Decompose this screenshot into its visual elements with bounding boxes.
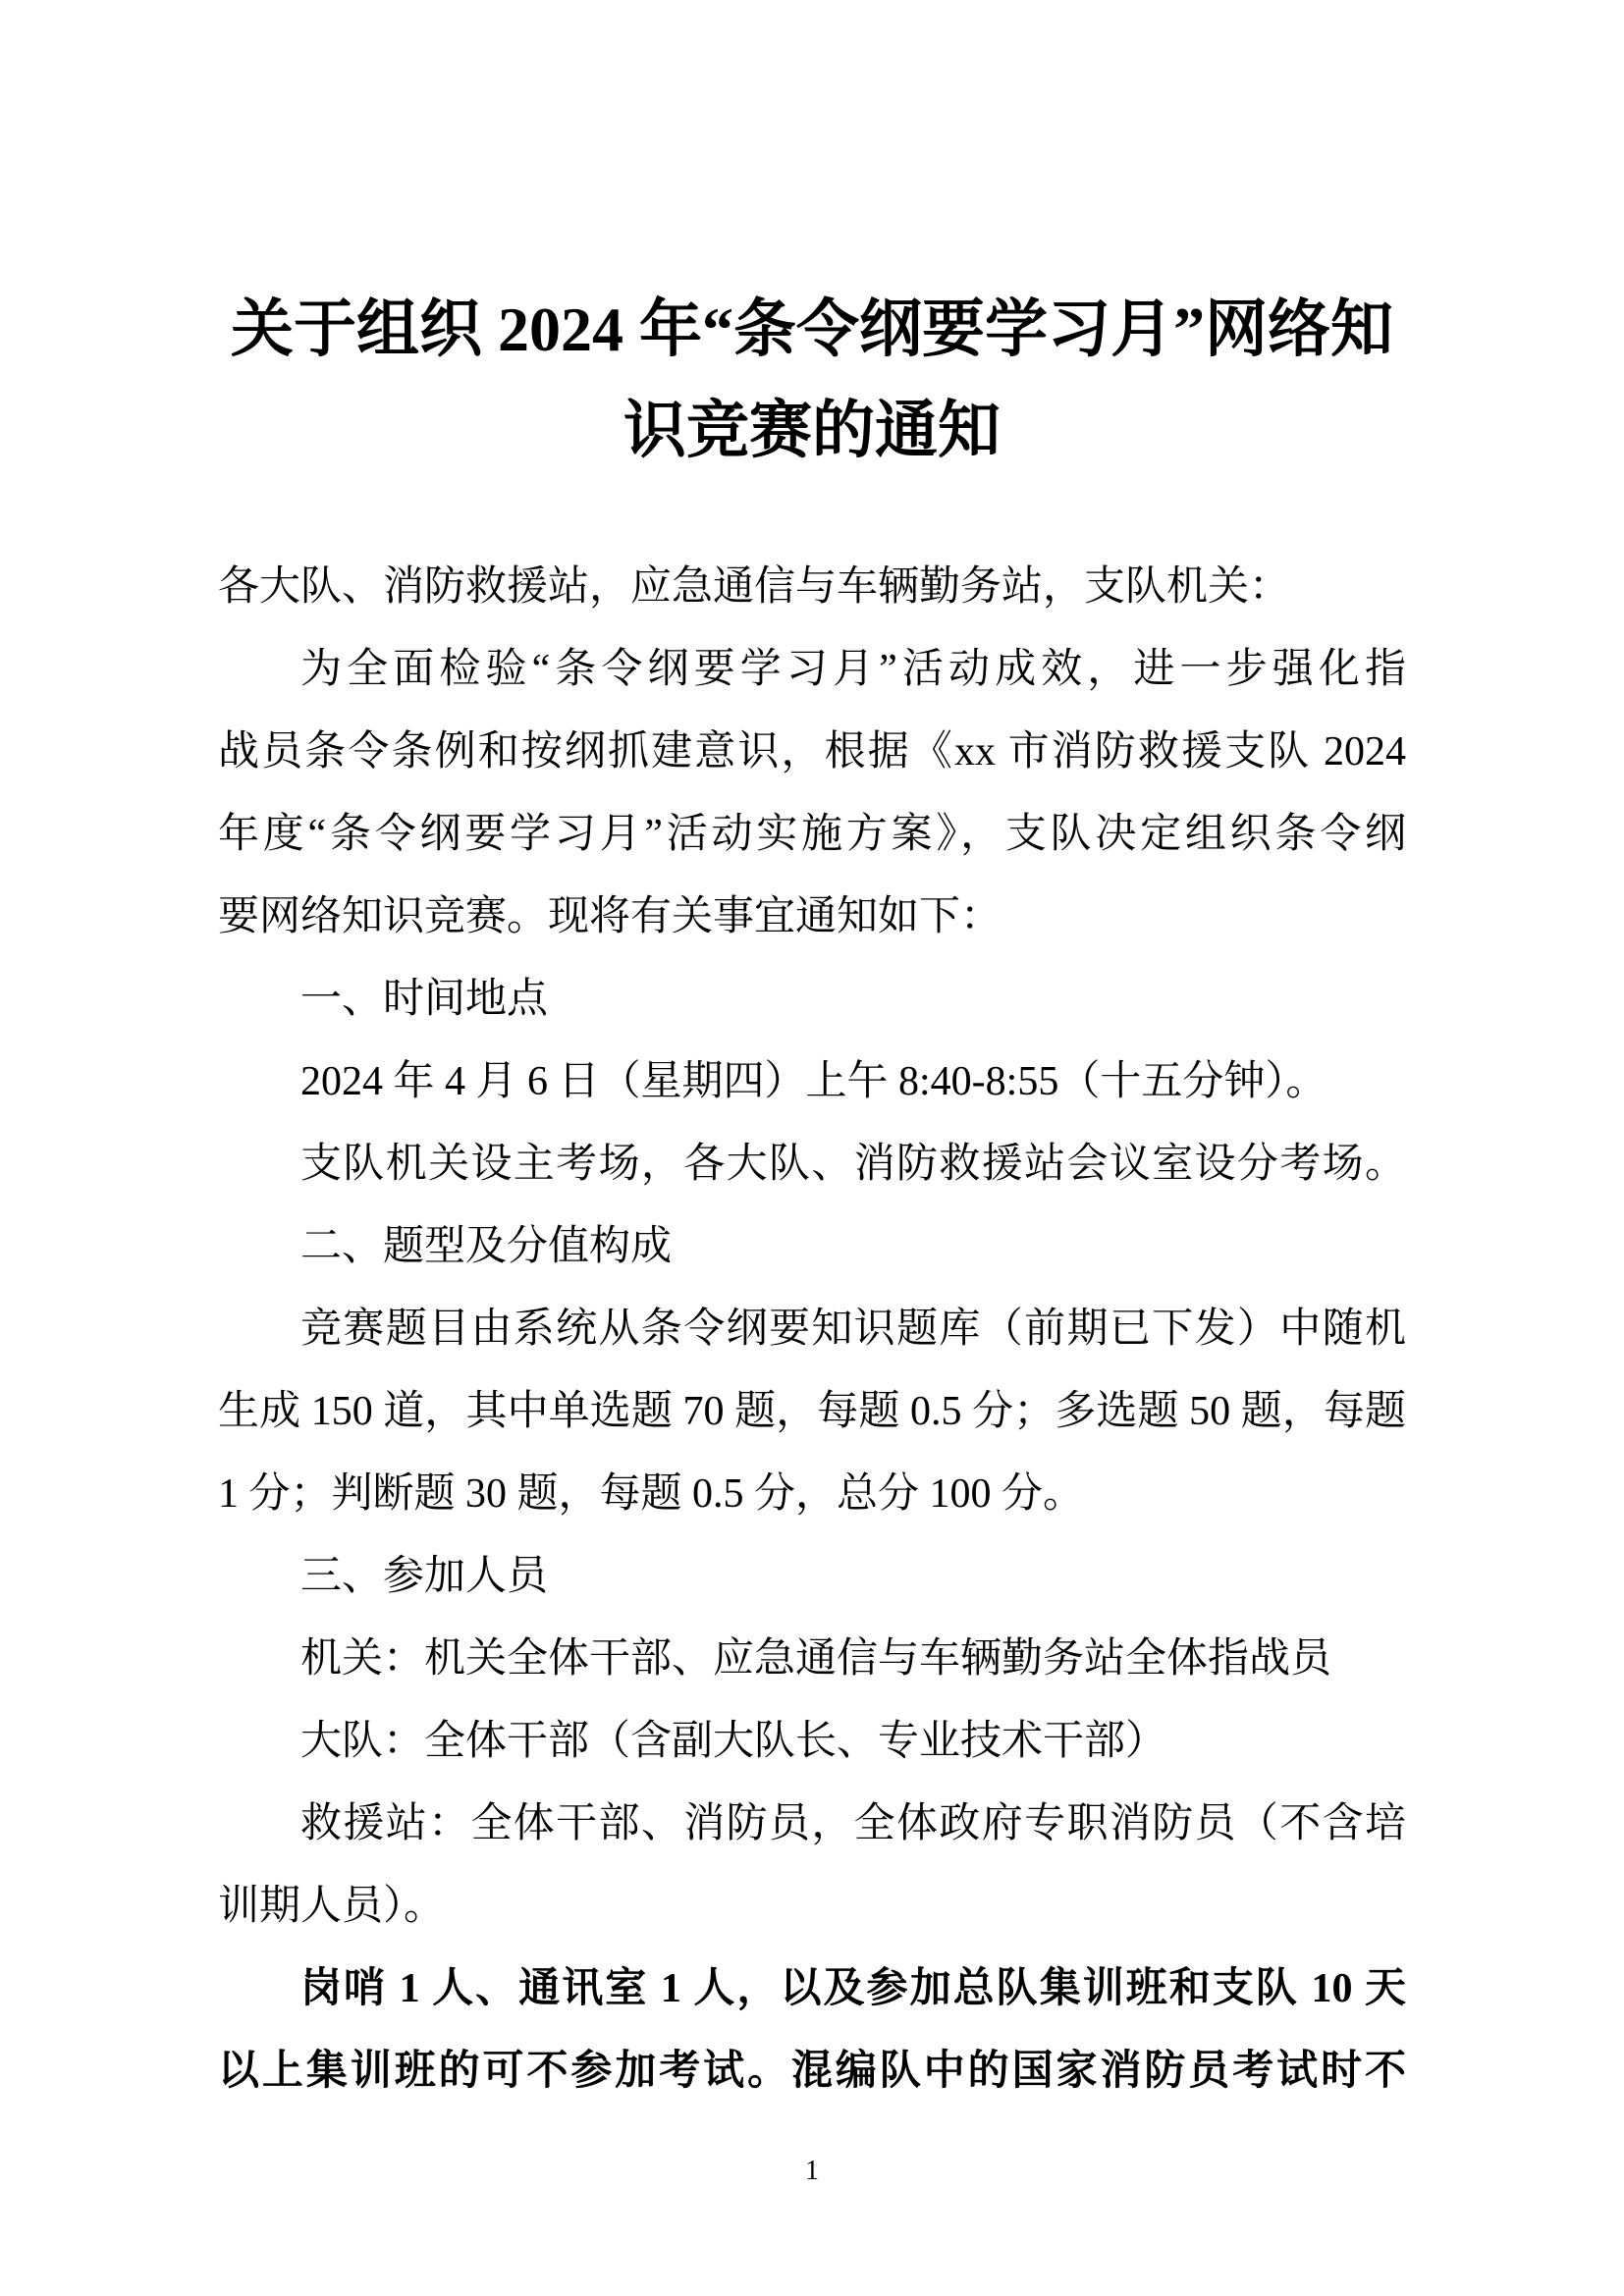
text-line: 1 分；判断题 30 题，每题 0.5 分，总分 100 分。 xyxy=(218,1453,1406,1535)
paragraph: 大队：全体干部（含副大队长、专业技术干部） xyxy=(218,1700,1406,1783)
text-line: 二、题型及分值构成 xyxy=(218,1205,1406,1288)
title-line-2: 识竞赛的通知 xyxy=(218,380,1406,481)
text-line: 一、时间地点 xyxy=(218,958,1406,1041)
text-line: 年度“条令纲要学习月”活动实施方案》，支队决定组织条令纲 xyxy=(218,793,1406,876)
text-line: 机关：机关全体干部、应急通信与车辆勤务站全体指战员 xyxy=(218,1618,1406,1700)
text-line: 各大队、消防救援站，应急通信与车辆勤务站，支队机关： xyxy=(218,546,1406,628)
text-line: 三、参加人员 xyxy=(218,1535,1406,1618)
title-line-1: 关于组织 2024 年“条令纲要学习月”网络知 xyxy=(218,279,1406,380)
document-body: 各大队、消防救援站，应急通信与车辆勤务站，支队机关：为全面检验“条令纲要学习月”… xyxy=(218,546,1406,2112)
document-title: 关于组织 2024 年“条令纲要学习月”网络知 识竞赛的通知 xyxy=(218,279,1406,481)
text-line: 2024 年 4 月 6 日（星期四）上午 8:40-8:55（十五分钟）。 xyxy=(218,1041,1406,1123)
paragraph: 二、题型及分值构成 xyxy=(218,1205,1406,1288)
text-line: 竞赛题目由系统从条令纲要知识题库（前期已下发）中随机 xyxy=(218,1288,1406,1370)
paragraph: 2024 年 4 月 6 日（星期四）上午 8:40-8:55（十五分钟）。 xyxy=(218,1041,1406,1123)
paragraph: 岗哨 1 人、通讯室 1 人，以及参加总队集训班和支队 10 天以上集训班的可不… xyxy=(218,1948,1406,2112)
page-number: 1 xyxy=(218,2156,1406,2187)
paragraph: 支队机关设主考场，各大队、消防救援站会议室设分考场。 xyxy=(218,1123,1406,1205)
document-page: 关于组织 2024 年“条令纲要学习月”网络知 识竞赛的通知 各大队、消防救援站… xyxy=(0,0,1624,2296)
paragraph: 机关：机关全体干部、应急通信与车辆勤务站全体指战员 xyxy=(218,1618,1406,1700)
text-line: 战员条令条例和按纲抓建意识，根据《xx 市消防救援支队 2024 xyxy=(218,711,1406,793)
text-line: 大队：全体干部（含副大队长、专业技术干部） xyxy=(218,1700,1406,1783)
text-line: 为全面检验“条令纲要学习月”活动成效，进一步强化指 xyxy=(218,628,1406,711)
text-line: 生成 150 道，其中单选题 70 题，每题 0.5 分；多选题 50 题，每题 xyxy=(218,1370,1406,1453)
text-line: 要网络知识竞赛。现将有关事宜通知如下： xyxy=(218,876,1406,958)
text-line: 岗哨 1 人、通讯室 1 人，以及参加总队集训班和支队 10 天 xyxy=(218,1948,1406,2030)
paragraph: 救援站：全体干部、消防员，全体政府专职消防员（不含培训期人员）。 xyxy=(218,1783,1406,1948)
paragraph: 竞赛题目由系统从条令纲要知识题库（前期已下发）中随机生成 150 道，其中单选题… xyxy=(218,1288,1406,1535)
paragraph: 一、时间地点 xyxy=(218,958,1406,1041)
text-line: 支队机关设主考场，各大队、消防救援站会议室设分考场。 xyxy=(218,1123,1406,1205)
paragraph: 为全面检验“条令纲要学习月”活动成效，进一步强化指战员条令条例和按纲抓建意识，根… xyxy=(218,628,1406,958)
text-line: 训期人员）。 xyxy=(218,1865,1406,1948)
text-line: 救援站：全体干部、消防员，全体政府专职消防员（不含培 xyxy=(218,1783,1406,1865)
paragraph: 三、参加人员 xyxy=(218,1535,1406,1618)
text-line: 以上集训班的可不参加考试。混编队中的国家消防员考试时不 xyxy=(218,2030,1406,2112)
paragraph: 各大队、消防救援站，应急通信与车辆勤务站，支队机关： xyxy=(218,546,1406,628)
